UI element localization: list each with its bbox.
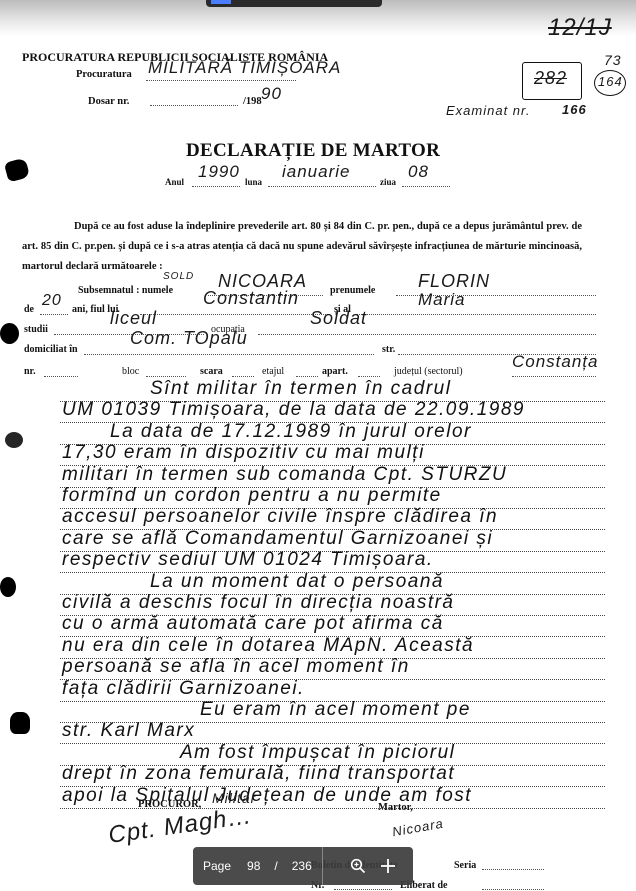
judetul-label: județul (sectorul) xyxy=(394,366,463,377)
anul-label: Anul xyxy=(165,177,184,187)
ziua-value: 08 xyxy=(408,162,429,182)
punch-hole xyxy=(4,157,30,182)
top-toolbar[interactable] xyxy=(206,0,382,7)
total-pages: 236 xyxy=(292,859,312,873)
circled-number: 164 xyxy=(598,74,623,89)
ziua-line xyxy=(402,186,450,187)
punch-hole xyxy=(0,577,16,597)
luna-label: luna xyxy=(245,177,262,187)
top-right-number: 12/1J xyxy=(548,14,612,42)
statement-text: str. Karl Marx xyxy=(62,720,195,742)
dosar-line xyxy=(150,105,238,106)
statement-text: UM 01039 Timișoara, de la data de 22.09.… xyxy=(62,399,525,421)
punch-hole xyxy=(0,323,19,344)
mama-line xyxy=(356,314,596,315)
seria-label: Seria xyxy=(454,860,476,871)
luna-value: ianuarie xyxy=(282,162,351,182)
punch-hole xyxy=(10,712,30,734)
toolbar-divider xyxy=(322,847,323,885)
statement-text: cu o armă automată care pot afirma că xyxy=(62,613,444,635)
toolbar-accent xyxy=(211,0,231,4)
etajul-label: etajul xyxy=(262,366,284,377)
studii-label: studii xyxy=(24,324,48,335)
scara-label: scara xyxy=(200,366,223,377)
prenumele-value: FLORIN xyxy=(418,271,490,292)
dosar-label: Dosar nr. xyxy=(88,96,129,107)
page-separator: / xyxy=(274,859,277,873)
examinat-label: Examinat nr. xyxy=(446,103,531,118)
boxed-number: 282 xyxy=(534,68,567,89)
punch-hole xyxy=(5,432,23,448)
statement-text: La data de 17.12.1989 în jurul orelor xyxy=(110,421,472,443)
procuratura-label: Procuratura xyxy=(76,69,132,80)
ocupatia-value: Soldat xyxy=(310,308,367,329)
statement-text: Sînt militar în termen în cadrul xyxy=(150,378,451,400)
tata-value: Constantin xyxy=(203,288,299,309)
varsta-value: 20 xyxy=(42,292,62,310)
zoom-in-button[interactable] xyxy=(343,847,373,885)
mama-value: Maria xyxy=(418,290,466,310)
preamble-text: După ce au fost aduse la îndeplinire pre… xyxy=(22,217,582,277)
studii-value: liceul xyxy=(110,308,157,329)
ocupatia-line xyxy=(258,334,596,335)
seria-line xyxy=(482,869,544,870)
page-label: Page xyxy=(203,859,231,873)
statement-text: formînd un cordon pentru a nu permite xyxy=(62,485,442,507)
etajul-line xyxy=(296,376,318,377)
ziua-label: ziua xyxy=(380,177,396,187)
statement-text: care se află Comandamentul Garnizoanei ș… xyxy=(62,528,493,550)
tata-line xyxy=(140,314,330,315)
dosar-year-hand: 90 xyxy=(261,84,282,104)
procuror-label: PROCUROR, xyxy=(138,799,201,810)
bloc-label: bloc xyxy=(122,366,139,377)
document-page: PROCURATURA REPUBLICII SOCIALISTE ROMÂNI… xyxy=(0,0,636,891)
martor-label: Martor, xyxy=(378,802,413,813)
domiciliat-line xyxy=(84,354,374,355)
prenumele-label: prenumele xyxy=(330,285,375,296)
numele-note: SOLD xyxy=(163,271,194,282)
statement-text: civilă a deschis focul în direcția noast… xyxy=(62,592,455,614)
eliberat-line xyxy=(482,889,544,890)
statement-text: militari în termen sub comanda Cpt. STUR… xyxy=(62,464,507,486)
statement-text: 17,30 eram în dispozitiv cu mai mulți xyxy=(62,442,425,464)
apart-line xyxy=(358,376,380,377)
statement-text: drept în zona femurală, fiind transporta… xyxy=(62,763,455,785)
bloc-line xyxy=(146,376,186,377)
varsta-line xyxy=(40,314,68,315)
anul-value: 1990 xyxy=(198,162,240,182)
statement-text: respectiv sediul UM 01024 Timișoara. xyxy=(62,549,434,571)
plus-icon xyxy=(380,858,396,874)
apart-label: apart. xyxy=(322,366,348,377)
document-title: DECLARAȚIE DE MARTOR xyxy=(186,140,440,162)
page-indicator: Page 98 / 236 xyxy=(193,847,312,885)
judetul-value: Constanța xyxy=(512,352,599,372)
dosar-year-prefix: /198 xyxy=(243,96,262,107)
statement-text: fața clădirii Garnizoanei. xyxy=(62,678,305,700)
anul-line xyxy=(192,186,240,187)
luna-line xyxy=(268,186,376,187)
statement-text: Am fost împușcat în piciorul xyxy=(180,742,455,764)
nr-label: nr. xyxy=(24,366,36,377)
str-label: str. xyxy=(382,344,395,355)
scara-line xyxy=(232,376,254,377)
circled-top: 73 xyxy=(604,52,622,68)
statement-text: accesul persoanelor civile înspre clădir… xyxy=(62,506,498,528)
subsemnatul-label: Subsemnatul : numele xyxy=(78,285,173,296)
procuratura-value: MILITARĂ TIMIȘOARA xyxy=(148,58,341,78)
add-button[interactable] xyxy=(373,847,403,885)
statement-text: nu era din cele în dotarea MApN. Această xyxy=(62,635,474,657)
de-label: de xyxy=(24,304,34,315)
statement-text: La un moment dat o persoană xyxy=(150,571,444,593)
statement-text: Eu eram în acel moment pe xyxy=(200,699,471,721)
judetul-line xyxy=(512,376,596,377)
nr-id-line xyxy=(334,889,392,890)
page-navigation-bar: Page 98 / 236 xyxy=(193,847,413,885)
procuratura-line xyxy=(146,80,296,81)
domiciliat-label: domiciliat în xyxy=(24,344,78,355)
nr-line xyxy=(44,376,78,377)
current-page[interactable]: 98 xyxy=(247,859,260,873)
examinat-value: 166 xyxy=(562,102,587,117)
domiciliat-value: Com. TOpalu xyxy=(130,328,248,349)
statement-text: persoană se afla în acel moment în xyxy=(62,656,410,678)
zoom-in-icon xyxy=(350,858,366,874)
martor-signature: Nicoara xyxy=(391,816,445,840)
